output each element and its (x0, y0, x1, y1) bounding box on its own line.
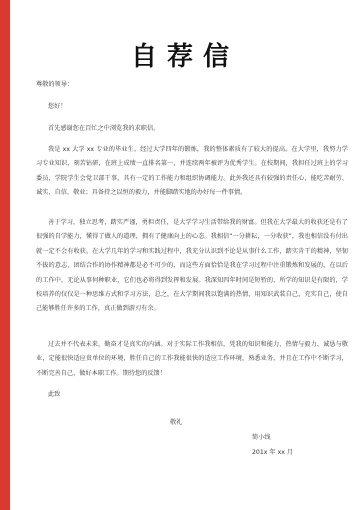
date: 201x 年 xx 月 (252, 446, 293, 460)
paragraph-3: 过去并不代表未来，勤奋才是真实的内涵。对于实际工作我相信，凭我的知识和能力、热情… (36, 338, 348, 381)
intro-line: 首先感谢您在百忙之中浏览我的求职信。 (48, 122, 159, 136)
salutation: 尊敬的领导： (36, 78, 73, 92)
paragraph-2: 善于学习，独立思考，踏实严谨，勇担责任，是大学学习生活带给我的财富。但我在大学最… (36, 216, 348, 317)
paragraph-1: 我是 xx 大学 xx 专业的毕业生。经过大学四年的锻炼，我的整体素质有了较大的… (36, 143, 348, 201)
closing-jingli: 敬礼 (170, 416, 182, 430)
greeting: 您好！ (48, 100, 67, 114)
letter-page: 自荐信 尊敬的领导： 您好！ 首先感谢您在百忙之中浏览我的求职信。 我是 xx … (10, 0, 360, 510)
letter-title: 自荐信 (10, 36, 360, 73)
signature: 简小线 (252, 431, 271, 445)
closing-cizhi: 此致 (48, 388, 60, 402)
red-accent-bar (0, 0, 10, 510)
